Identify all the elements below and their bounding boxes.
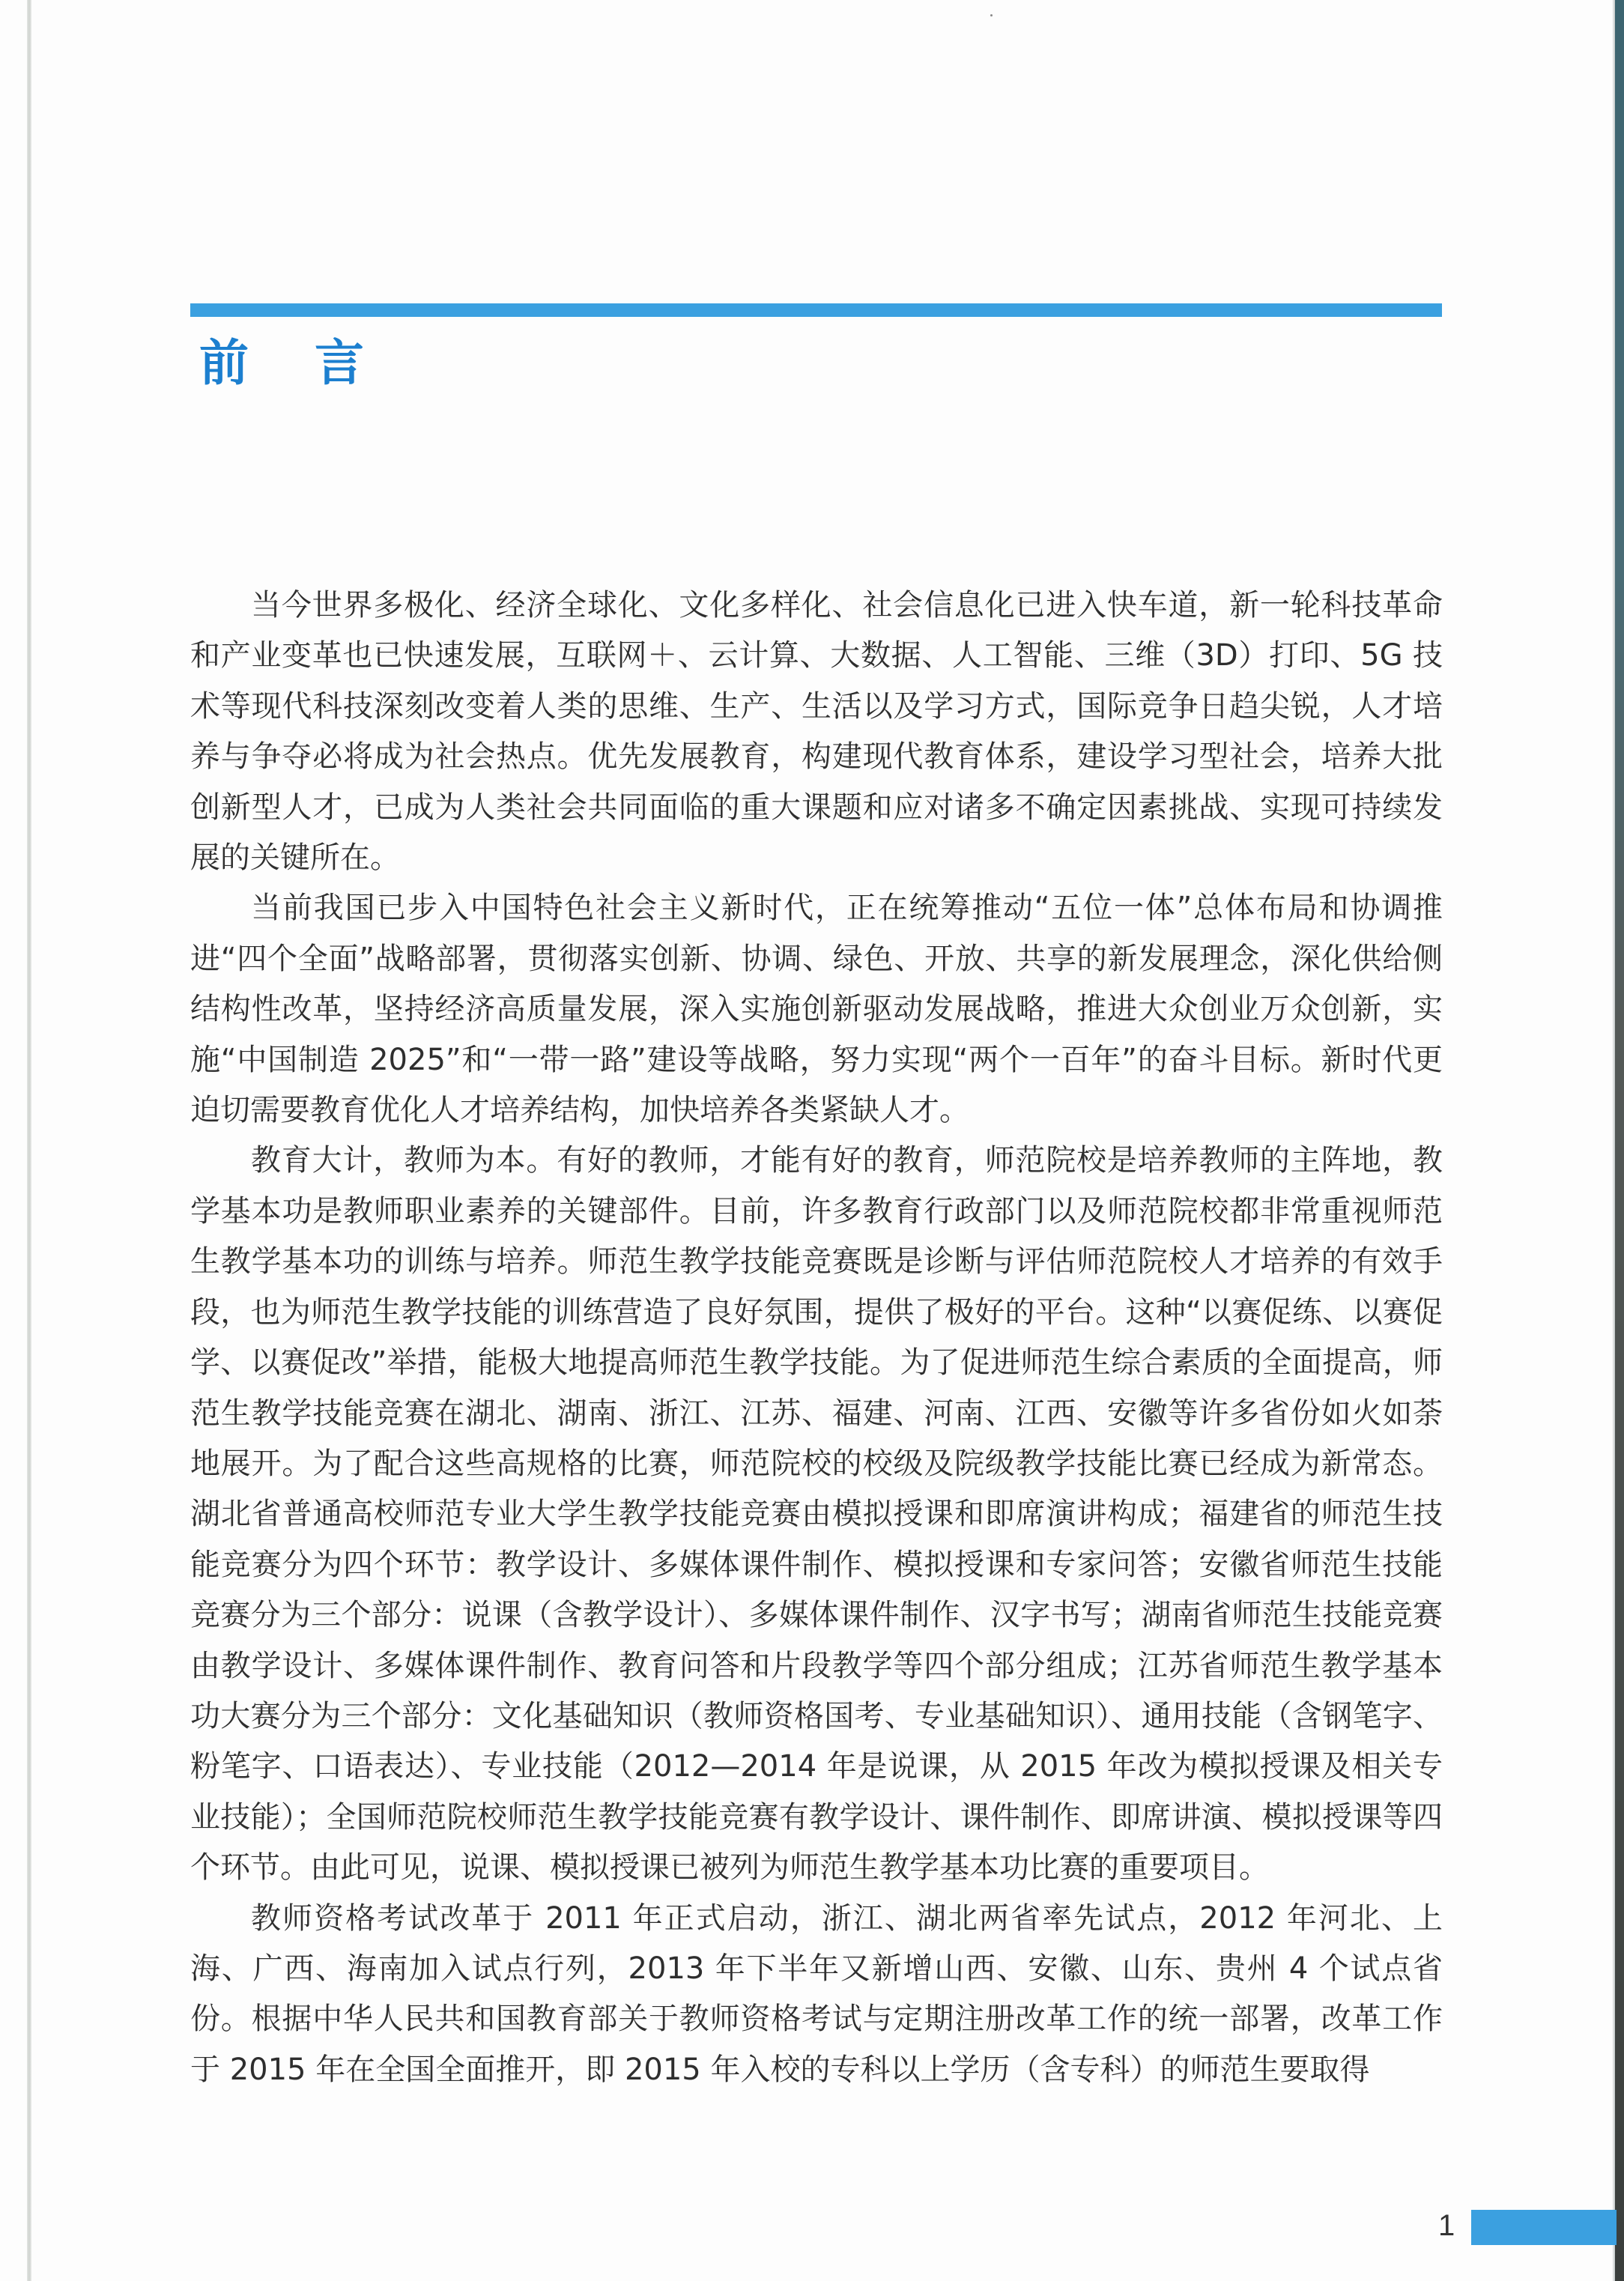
title-char-2: 言 (315, 333, 364, 392)
scan-edge-left (27, 0, 31, 2281)
title-char-1: 前 (199, 333, 315, 392)
header-rule (190, 303, 1442, 317)
document-page: 前言 当今世界多极化、经济全球化、文化多样化、社会信息化已进入快车道，新一轮科技… (0, 0, 1624, 2281)
page-number: 1 (1438, 2207, 1455, 2244)
page-number-tab (1471, 2210, 1617, 2245)
paragraph-3: 教育大计，教师为本。有好的教师，才能有好的教育，师范院校是培养教师的主阵地，教学… (190, 1136, 1443, 1893)
paragraph-1: 当今世界多极化、经济全球化、文化多样化、社会信息化已进入快车道，新一轮科技革命和… (190, 581, 1443, 883)
body-text: 当今世界多极化、经济全球化、文化多样化、社会信息化已进入快车道，新一轮科技革命和… (190, 581, 1443, 2095)
paragraph-4: 教师资格考试改革于 2011 年正式启动，浙江、湖北两省率先试点，2012 年河… (190, 1894, 1443, 2096)
paragraph-2: 当前我国已步入中国特色社会主义新时代，正在统筹推动“五位一体”总体布局和协调推进… (190, 883, 1443, 1136)
scan-speck (990, 14, 993, 16)
chapter-title: 前言 (199, 327, 364, 399)
scan-edge-right (1615, 0, 1624, 2281)
